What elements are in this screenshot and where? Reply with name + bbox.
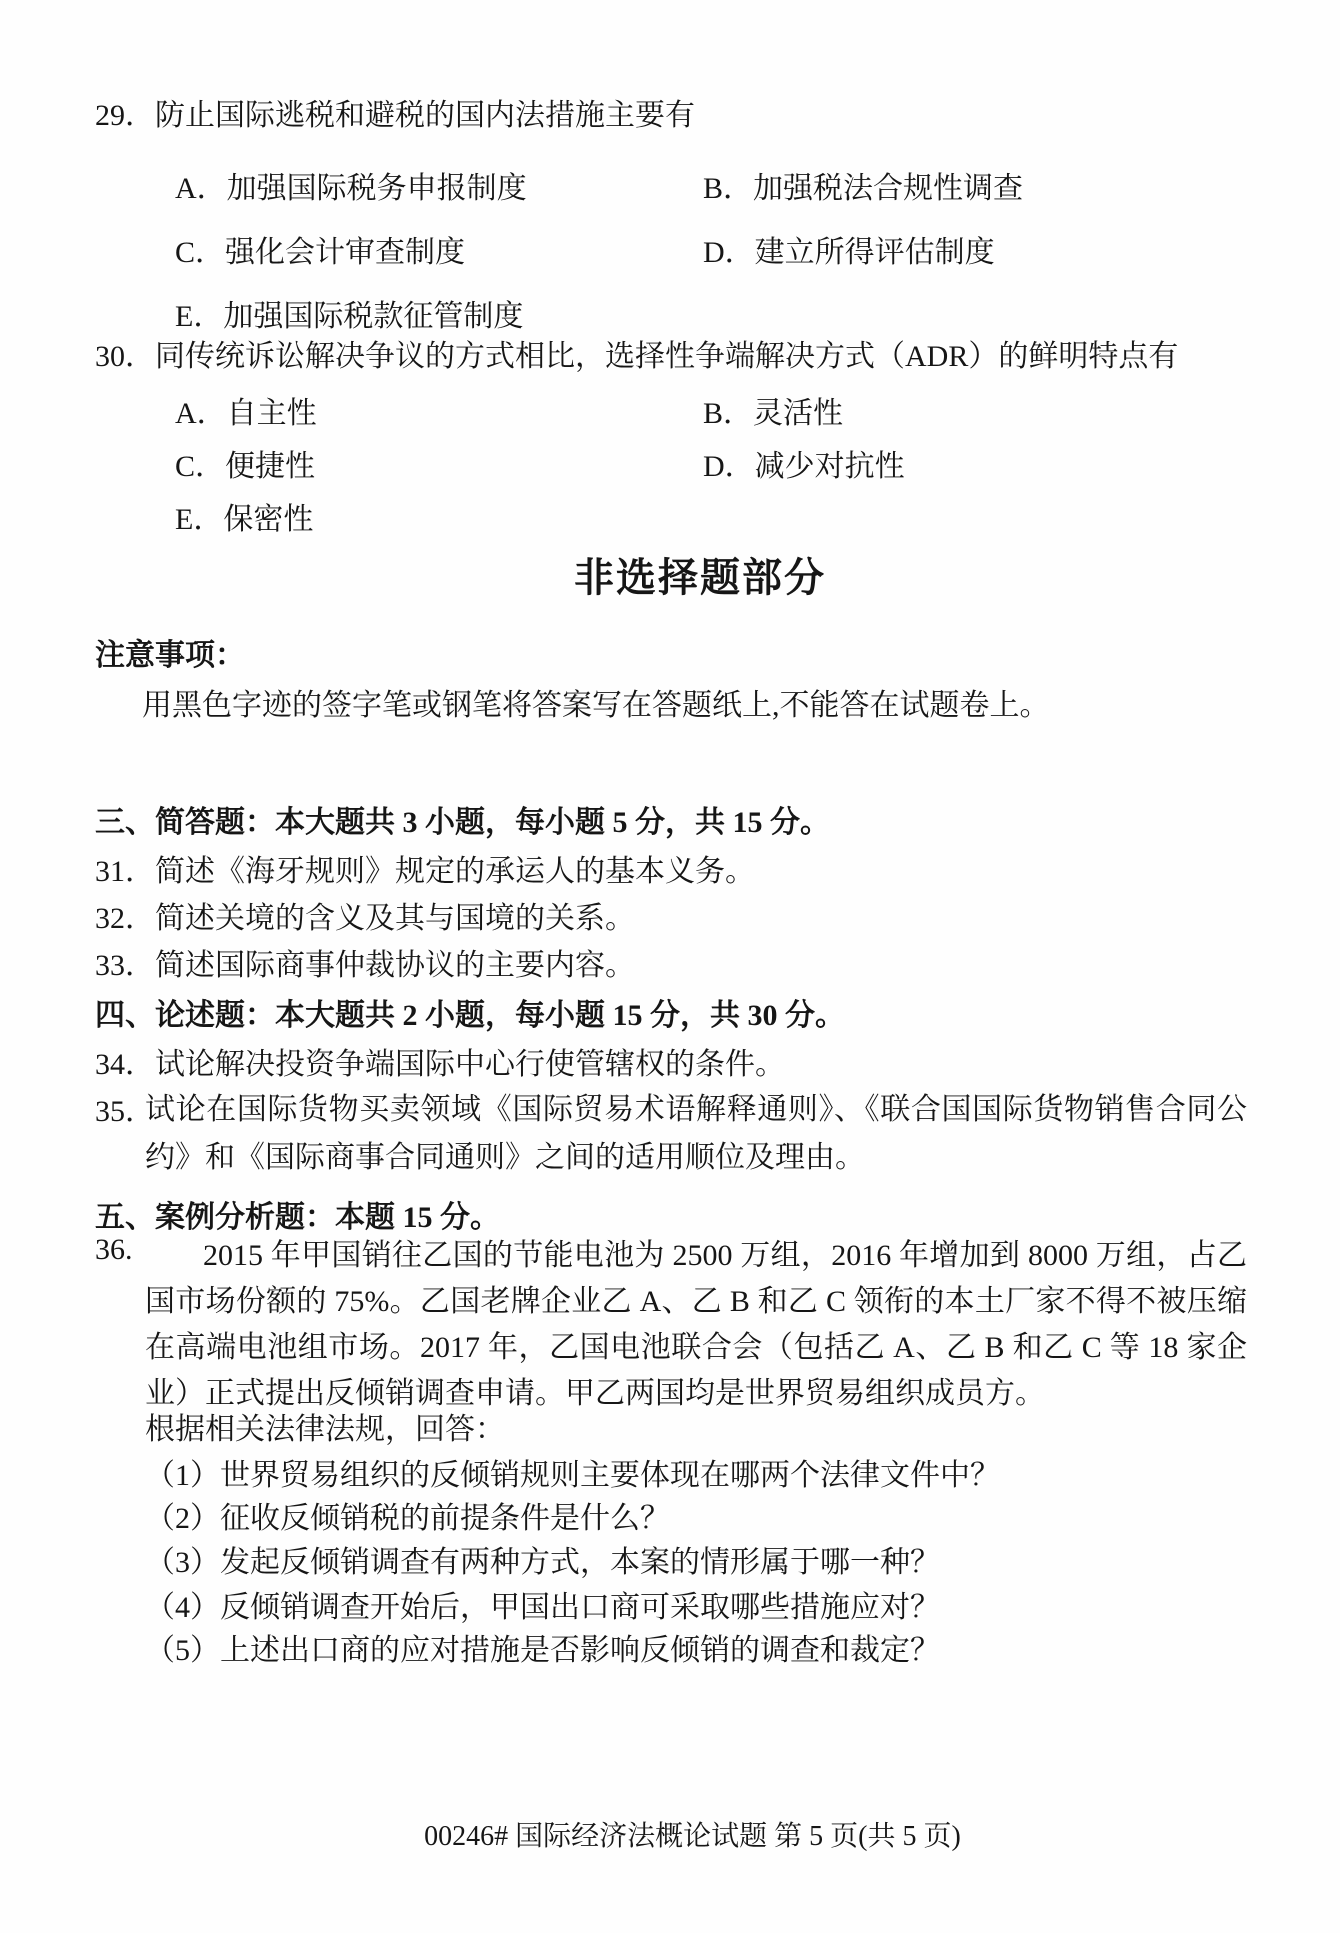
option-30-D-label: D． bbox=[703, 441, 755, 485]
question-36-body: 2015 年甲国销往乙国的节能电池为 2500 万组，2016 年增加到 800… bbox=[145, 1233, 1247, 1417]
question-30-number: 30． bbox=[95, 331, 155, 375]
question-36-sub-2: （2）征收反倾销税的前提条件是什么？ bbox=[145, 1493, 1280, 1537]
question-36-sub-5: （5）上述出口商的应对措施是否影响反倾销的调查和裁定？ bbox=[145, 1625, 1280, 1669]
question-30-text: 同传统诉讼解决争议的方式相比，选择性争端解决方式（ADR）的鲜明特点有 bbox=[155, 340, 1178, 373]
option-29-D-text: 建立所得评估制度 bbox=[755, 236, 995, 269]
option-29-B-label: B． bbox=[703, 163, 753, 207]
option-29-A: A．加强国际税务申报制度 bbox=[175, 163, 703, 207]
question-32: 32．简述关境的含义及其与国境的关系。 bbox=[95, 893, 1280, 937]
question-29-options-row-1: A．加强国际税务申报制度 B．加强税法合规性调查 bbox=[175, 163, 1280, 207]
notice-body: 用黑色字迹的签字笔或钢笔将答案写在答题纸上,不能答在试题卷上。 bbox=[142, 680, 1280, 724]
question-30: 30．同传统诉讼解决争议的方式相比，选择性争端解决方式（ADR）的鲜明特点有 bbox=[95, 331, 1280, 375]
option-30-C: C．便捷性 bbox=[175, 441, 703, 485]
option-30-A-label: A． bbox=[175, 388, 227, 432]
option-30-A: A．自主性 bbox=[175, 388, 703, 432]
question-34: 34．试论解决投资争端国际中心行使管辖权的条件。 bbox=[95, 1039, 1280, 1083]
option-29-E: E．加强国际税款征管制度 bbox=[175, 291, 703, 335]
question-31: 31．简述《海牙规则》规定的承运人的基本义务。 bbox=[95, 846, 1280, 890]
question-34-number: 34． bbox=[95, 1039, 155, 1083]
exam-paper-page: 29．防止国际逃税和避税的国内法措施主要有 A．加强国际税务申报制度 B．加强税… bbox=[0, 0, 1340, 1933]
option-30-E-label: E． bbox=[175, 494, 223, 538]
page-footer: 00246# 国际经济法概论试题 第 5 页(共 5 页) bbox=[45, 1814, 1340, 1854]
option-29-B: B．加强税法合规性调查 bbox=[703, 163, 1280, 207]
question-29: 29．防止国际逃税和避税的国内法措施主要有 bbox=[95, 90, 1280, 134]
option-30-C-label: C． bbox=[175, 441, 225, 485]
option-29-D: D．建立所得评估制度 bbox=[703, 227, 1280, 271]
option-29-empty-cell bbox=[703, 291, 1280, 335]
option-29-A-label: A． bbox=[175, 163, 227, 207]
question-29-number: 29． bbox=[95, 90, 155, 134]
question-32-number: 32． bbox=[95, 893, 155, 937]
option-30-E: E．保密性 bbox=[175, 494, 703, 538]
option-29-C-label: C． bbox=[175, 227, 225, 271]
option-30-C-text: 便捷性 bbox=[225, 450, 315, 483]
question-33: 33．简述国际商事仲裁协议的主要内容。 bbox=[95, 940, 1280, 984]
option-30-D: D．减少对抗性 bbox=[703, 441, 1280, 485]
option-29-C: C．强化会计审查制度 bbox=[175, 227, 703, 271]
question-36-sub-3: （3）发起反倾销调查有两种方式，本案的情形属于哪一种？ bbox=[145, 1537, 1280, 1581]
option-30-D-text: 减少对抗性 bbox=[755, 450, 905, 483]
question-34-text: 试论解决投资争端国际中心行使管辖权的条件。 bbox=[155, 1048, 785, 1081]
option-30-E-text: 保密性 bbox=[223, 503, 313, 536]
question-30-options-row-2: C．便捷性 D．减少对抗性 bbox=[175, 441, 1280, 485]
question-29-options-row-3: E．加强国际税款征管制度 bbox=[175, 291, 1280, 335]
option-30-B-text: 灵活性 bbox=[753, 397, 843, 430]
option-29-C-text: 强化会计审查制度 bbox=[225, 236, 465, 269]
section-4-heading: 四、论述题：本大题共 2 小题，每小题 15 分，共 30 分。 bbox=[95, 990, 1280, 1034]
option-29-B-text: 加强税法合规性调查 bbox=[753, 172, 1023, 205]
question-32-text: 简述关境的含义及其与国境的关系。 bbox=[155, 902, 635, 935]
option-30-A-text: 自主性 bbox=[227, 397, 317, 430]
notice-title: 注意事项： bbox=[95, 630, 245, 674]
section-3-heading: 三、简答题：本大题共 3 小题，每小题 5 分，共 15 分。 bbox=[95, 797, 1280, 841]
question-30-options-row-3: E．保密性 bbox=[175, 494, 1280, 538]
question-31-text: 简述《海牙规则》规定的承运人的基本义务。 bbox=[155, 855, 755, 888]
question-36-prompt: 根据相关法律法规，回答： bbox=[145, 1404, 1280, 1448]
question-31-number: 31． bbox=[95, 846, 155, 890]
option-30-B: B．灵活性 bbox=[703, 388, 1280, 432]
question-36-sub-4: （4）反倾销调查开始后，甲国出口商可采取哪些措施应对？ bbox=[145, 1582, 1280, 1626]
option-30-empty-cell bbox=[703, 494, 1280, 538]
question-36-number: 36. bbox=[95, 1233, 133, 1267]
question-35-text: 试论在国际货物买卖领域《国际贸易术语解释通则》、《联合国国际货物销售合同公约》和… bbox=[145, 1086, 1247, 1182]
question-30-options-row-1: A．自主性 B．灵活性 bbox=[175, 388, 1280, 432]
question-29-text: 防止国际逃税和避税的国内法措施主要有 bbox=[155, 99, 695, 132]
option-29-E-label: E． bbox=[175, 291, 223, 335]
part-heading: 非选择题部分 bbox=[60, 546, 1340, 603]
question-33-number: 33． bbox=[95, 940, 155, 984]
option-29-E-text: 加强国际税款征管制度 bbox=[223, 300, 523, 333]
section-5-heading: 五、案例分析题：本题 15 分。 bbox=[95, 1192, 1280, 1236]
option-30-B-label: B． bbox=[703, 388, 753, 432]
option-29-A-text: 加强国际税务申报制度 bbox=[227, 172, 527, 205]
question-29-options-row-2: C．强化会计审查制度 D．建立所得评估制度 bbox=[175, 227, 1280, 271]
question-33-text: 简述国际商事仲裁协议的主要内容。 bbox=[155, 949, 635, 982]
option-29-D-label: D． bbox=[703, 227, 755, 271]
question-36-sub-1: （1）世界贸易组织的反倾销规则主要体现在哪两个法律文件中？ bbox=[145, 1450, 1280, 1494]
